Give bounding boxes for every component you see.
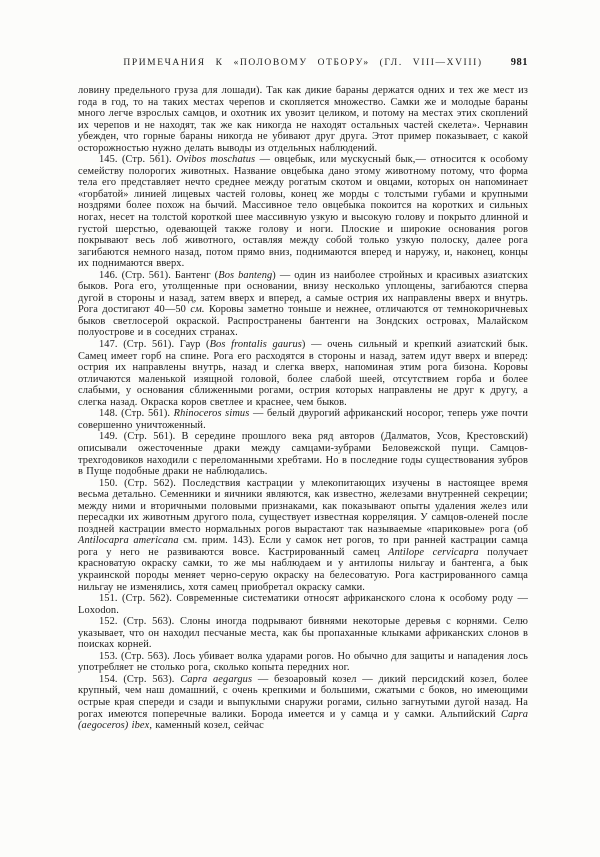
species-name-italic: см.	[190, 304, 204, 315]
running-title: ПРИМЕЧАНИЯ К «ПОЛОВОМУ ОТБОРУ» (ГЛ. VIII…	[78, 58, 528, 68]
text-run: 154. (Стр. 563).	[99, 674, 180, 685]
text-run: , каменный козел, сейчас	[149, 720, 264, 731]
text-run: 148. (Стр. 561).	[99, 408, 174, 419]
paragraph: 146. (Стр. 561). Бантенг (Bos banteng) —…	[78, 270, 528, 339]
species-name-italic: Antilope cervicapra	[388, 547, 479, 558]
paragraph: 145. (Стр. 561). Ovibos moschatus — овце…	[78, 154, 528, 269]
paragraph: 150. (Стр. 562). Последствия кастрации у…	[78, 478, 528, 593]
text-run: 150. (Стр. 562). Последствия кастрации у…	[78, 478, 528, 535]
paragraph: 149. (Стр. 561). В середине прошлого век…	[78, 431, 528, 477]
species-name-italic: Antilocapra americana	[78, 535, 179, 546]
paragraph: 154. (Стр. 563). Capra aegargus — безоар…	[78, 674, 528, 732]
species-name-italic: Bos banteng	[218, 270, 272, 281]
paragraph: 147. (Стр. 561). Гаур (Bos frontalis gau…	[78, 339, 528, 408]
species-name-italic: Capra aegargus	[180, 674, 252, 685]
text-run: 151. (Стр. 562). Современные систематики…	[78, 593, 528, 616]
text-run: 146. (Стр. 561). Бантенг (	[99, 270, 218, 281]
text-run: — овцебык, или мускусный бык,— относится…	[78, 154, 528, 269]
paragraph: 148. (Стр. 561). Rhinoceros simus — белы…	[78, 408, 528, 431]
scanned-book-page: ПРИМЕЧАНИЯ К «ПОЛОВОМУ ОТБОРУ» (ГЛ. VIII…	[0, 0, 600, 857]
page-header: ПРИМЕЧАНИЯ К «ПОЛОВОМУ ОТБОРУ» (ГЛ. VIII…	[78, 58, 528, 72]
paragraph: ловину предельного груза для лошади). Та…	[78, 85, 528, 154]
text-run: 153. (Стр. 563). Лось убивает волка удар…	[78, 651, 528, 674]
text-run: 145. (Стр. 561).	[99, 154, 176, 165]
species-name-italic: Ovibos moschatus	[176, 154, 255, 165]
text-run: 147. (Стр. 561). Гаур (	[99, 339, 210, 350]
paragraph: 151. (Стр. 562). Современные систематики…	[78, 593, 528, 616]
species-name-italic: Bos frontalis gaurus	[210, 339, 302, 350]
species-name-italic: Rhinoceros simus	[174, 408, 250, 419]
paragraph: 153. (Стр. 563). Лось убивает волка удар…	[78, 651, 528, 674]
text-run: ловину предельного груза для лошади). Та…	[78, 85, 528, 154]
page-number: 981	[511, 57, 528, 68]
page-body: ловину предельного груза для лошади). Та…	[78, 85, 528, 732]
text-run: 152. (Стр. 563). Слоны иногда подрывают …	[78, 616, 528, 650]
text-run: 149. (Стр. 561). В середине прошлого век…	[78, 431, 528, 477]
paragraph: 152. (Стр. 563). Слоны иногда подрывают …	[78, 616, 528, 651]
